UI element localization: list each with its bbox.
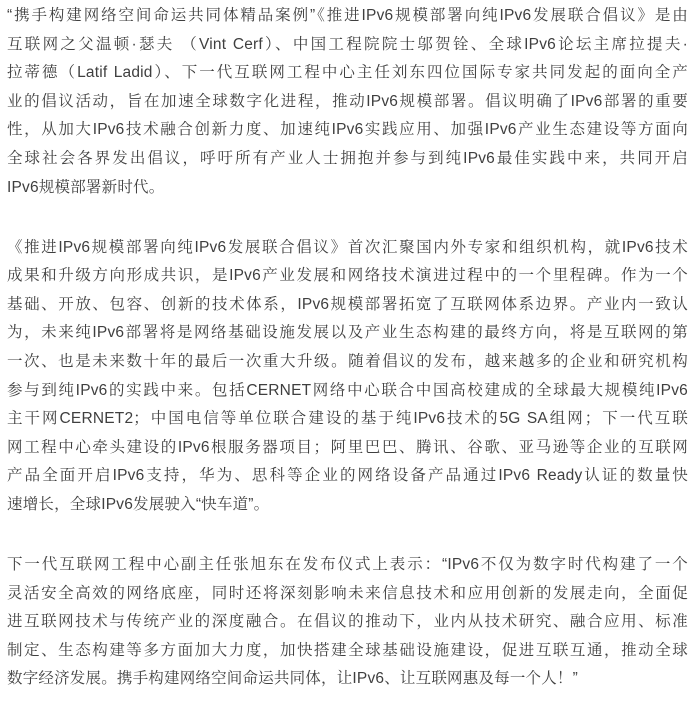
text-line: 《推进IPv6规模部署向纯IPv6发展联合倡议》首次汇聚国内外专家和组织机构，就… [7,234,688,263]
paragraph: “携手构建网络空间命运共同体精品案例”《推进IPv6规模部署向纯IPv6发展联合… [7,2,688,202]
text-line: 参与到纯IPv6的实践中来。包括CERNET网络中心联合中国高校建成的全球最大规… [7,377,688,406]
text-line: 产品全面开启IPv6支持，华为、思科等企业的网络设备产品通过IPv6 Ready… [7,462,688,491]
text-line: 灵活安全高效的网络底座，同时还将深刻影响未来信息技术和应用创新的发展走向，全面促 [7,580,688,609]
text-line: 业的倡议活动，旨在加速全球数字化进程，推动IPv6规模部署。倡议明确了IPv6部… [7,88,688,117]
text-line: 下一代互联网工程中心副主任张旭东在发布仪式上表示：“IPv6不仅为数字时代构建了… [7,551,688,580]
text-line: 为，未来纯IPv6部署将是网络基础设施发展以及产业生态构建的最终方向，将是互联网… [7,319,688,348]
text-line: 制定、生态构建等多方面加大力度，加快搭建全球基础设施建设，促进互联互通，推动全球 [7,637,688,666]
text-line: 性，从加大IPv6技术融合创新力度、加速纯IPv6实践应用、加强IPv6产业生态… [7,116,688,145]
text-line: 数字经济发展。携手构建网络空间命运共同体，让IPv6、让互联网惠及每一个人！” [7,665,688,694]
text-line: 拉蒂德（Latif Ladid）、下一代互联网工程中心主任刘东四位国际专家共同发… [7,59,688,88]
text-line: 全球社会各界发出倡议，呼吁所有产业人士拥抱并参与到纯IPv6最佳实践中来，共同开… [7,145,688,174]
text-line: 基础、开放、包容、创新的技术体系，IPv6规模部署拓宽了互联网体系边界。产业内一… [7,291,688,320]
text-line: 互联网之父温顿·瑟夫 （Vint Cerf）、中国工程院院士邬贺铨、全球IPv6… [7,31,688,60]
text-line: IPv6规模部署新时代。 [7,174,688,203]
text-line: 进互联网技术与传统产业的深度融合。在倡议的推动下，业内从技术研究、融合应用、标准 [7,608,688,637]
text-line: 主干网CERNET2；中国电信等单位联合建设的基于纯IPv6技术的5G SA组网… [7,405,688,434]
text-line: 网工程中心牵头建设的IPv6根服务器项目；阿里巴巴、腾讯、谷歌、亚马逊等企业的互… [7,434,688,463]
article-body: “携手构建网络空间命运共同体精品案例”《推进IPv6规模部署向纯IPv6发展联合… [0,0,695,694]
text-line: 一次、也是未来数十年的最后一次重大升级。随着倡议的发布，越来越多的企业和研究机构 [7,348,688,377]
text-line: “携手构建网络空间命运共同体精品案例”《推进IPv6规模部署向纯IPv6发展联合… [7,2,688,31]
text-line: 成果和升级方向形成共识，是IPv6产业发展和网络技术演进过程中的一个里程碑。作为… [7,262,688,291]
paragraph: 下一代互联网工程中心副主任张旭东在发布仪式上表示：“IPv6不仅为数字时代构建了… [7,551,688,694]
paragraph: 《推进IPv6规模部署向纯IPv6发展联合倡议》首次汇聚国内外专家和组织机构，就… [7,234,688,520]
text-line: 速增长，全球IPv6发展驶入“快车道”。 [7,491,688,520]
